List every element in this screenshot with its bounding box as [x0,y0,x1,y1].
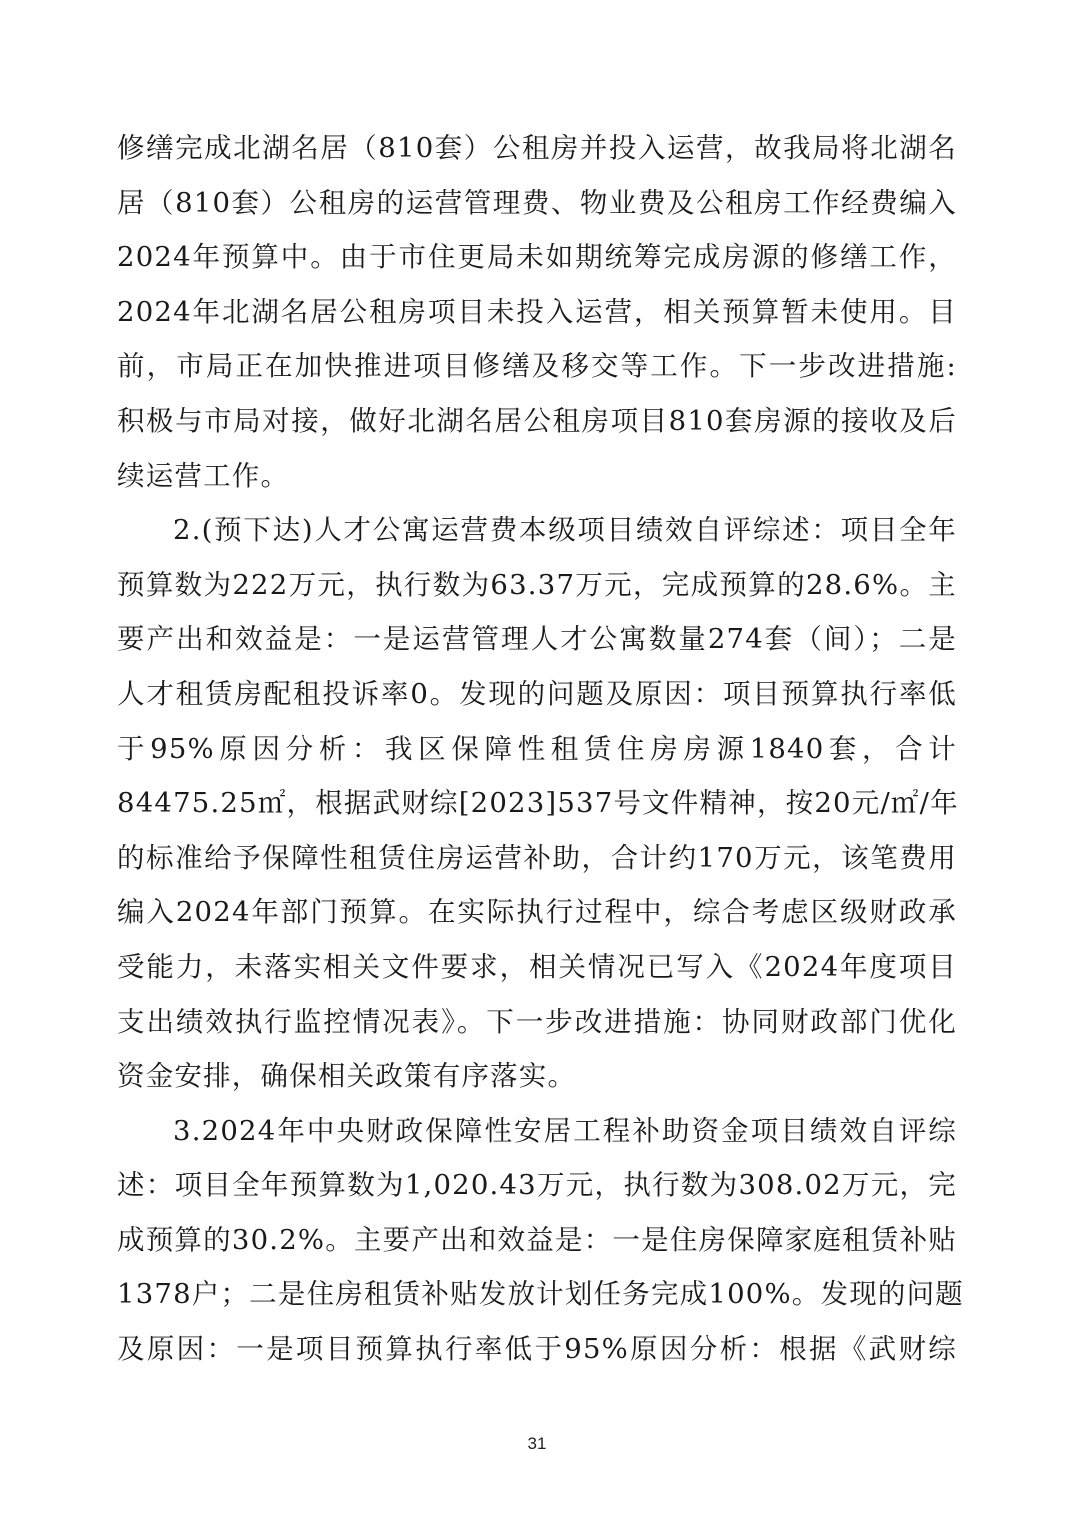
paragraph-continuation: 修缮完成北湖名居（810套）公租房并投入运营，故我局将北湖名 居（810套）公租… [117,121,957,503]
text-line: 及原因：一是项目预算执行率低于95%原因分析：根据《武财综 [117,1322,957,1377]
text-line: 预算数为222万元，执行数为63.37万元，完成预算的28.6%。主 [117,558,957,613]
text-line: 支出绩效执行监控情况表》。下一步改进措施：协同财政部门优化 [117,995,957,1050]
text-line: 2024年预算中。由于市住更局未如期统筹完成房源的修缮工作， [117,230,957,285]
text-line: 要产出和效益是：一是运营管理人才公寓数量274套（间）；二是 [117,612,957,667]
text-line: 2024年北湖名居公租房项目未投入运营，相关预算暂未使用。目 [117,285,957,340]
text-line: 述：项目全年预算数为1,020.43万元，执行数为308.02万元，完 [117,1158,957,1213]
text-line: 编入2024年部门预算。在实际执行过程中，综合考虑区级财政承 [117,885,957,940]
text-line: 人才租赁房配租投诉率0。发现的问题及原因：项目预算执行率低 [117,667,957,722]
text-line: 修缮完成北湖名居（810套）公租房并投入运营，故我局将北湖名 [117,121,957,176]
body-text: 修缮完成北湖名居（810套）公租房并投入运营，故我局将北湖名 居（810套）公租… [117,121,957,1377]
text-line: 资金安排，确保相关政策有序落实。 [117,1049,957,1104]
text-line: 2.(预下达)人才公寓运营费本级项目绩效自评综述：项目全年 [117,503,957,558]
text-line: 的标准给予保障性租赁住房运营补助，合计约170万元，该笔费用 [117,831,957,886]
text-line: 1378户；二是住房租赁补贴发放计划任务完成100%。发现的问题 [117,1267,957,1322]
text-line: 成预算的30.2%。主要产出和效益是：一是住房保障家庭租赁补贴 [117,1213,957,1268]
text-line: 续运营工作。 [117,449,957,504]
paragraph-talent-apartment: 2.(预下达)人才公寓运营费本级项目绩效自评综述：项目全年 预算数为222万元，… [117,503,957,1104]
paragraph-central-housing-subsidy: 3.2024年中央财政保障性安居工程补助资金项目绩效自评综 述：项目全年预算数为… [117,1104,957,1377]
page-number: 31 [0,1434,1074,1454]
document-page: 修缮完成北湖名居（810套）公租房并投入运营，故我局将北湖名 居（810套）公租… [0,0,1074,1520]
text-line: 于95%原因分析：我区保障性租赁住房房源1840套，合计 [117,722,957,777]
text-line: 84475.25㎡，根据武财综[2023]537号文件精神，按20元/㎡/年 [117,776,957,831]
text-line: 3.2024年中央财政保障性安居工程补助资金项目绩效自评综 [117,1104,957,1159]
text-line: 积极与市局对接，做好北湖名居公租房项目810套房源的接收及后 [117,394,957,449]
text-line: 前，市局正在加快推进项目修缮及移交等工作。下一步改进措施: [117,339,957,394]
text-line: 受能力，未落实相关文件要求，相关情况已写入《2024年度项目 [117,940,957,995]
text-line: 居（810套）公租房的运营管理费、物业费及公租房工作经费编入 [117,176,957,231]
